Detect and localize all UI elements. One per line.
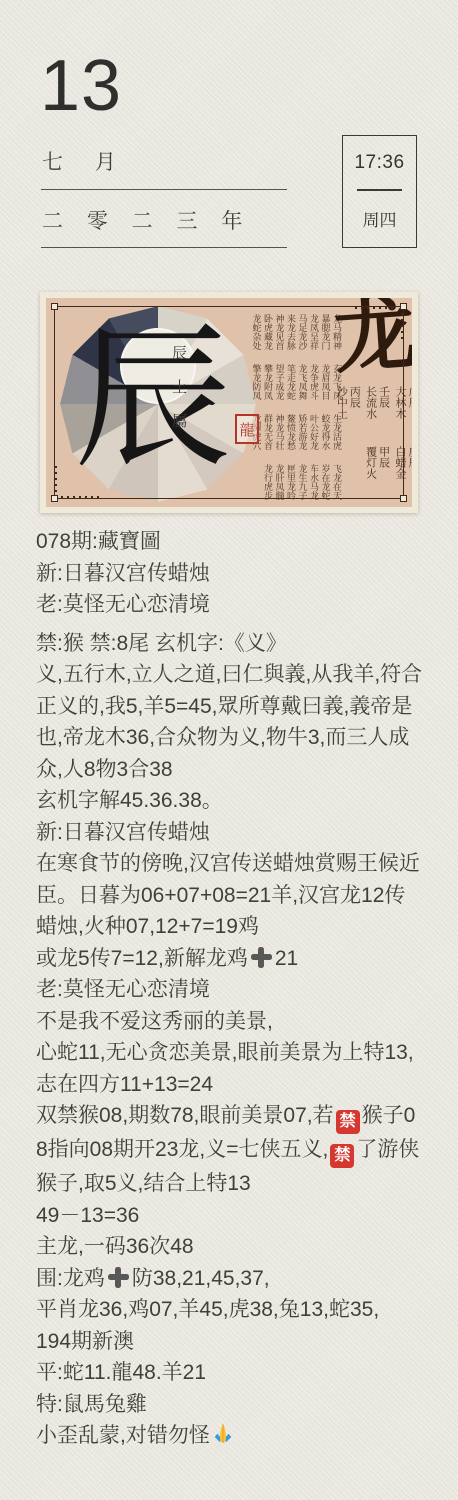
prediction-line: 平:蛇11.龍48.羊21 xyxy=(36,1357,424,1389)
divider xyxy=(41,189,287,190)
prediction-line: 或龙5传7=12,新解龙鸡21 xyxy=(36,943,424,975)
weekday-label: 周四 xyxy=(363,206,397,231)
frame-corner xyxy=(51,495,58,502)
prohibited-icon: 禁 xyxy=(336,1110,360,1134)
frame-corner xyxy=(400,303,407,310)
prediction-line: 小歪乱蒙,对错勿怪 xyxy=(36,1420,424,1452)
prediction-line: 49－13=36 xyxy=(36,1200,424,1232)
plus-icon xyxy=(250,946,273,969)
prediction-line: 围:龙鸡防38,21,45,37, xyxy=(36,1263,424,1295)
folded-hands-icon xyxy=(211,1422,235,1446)
frame-corner xyxy=(51,303,58,310)
year-label: 二 零 二 三 年 xyxy=(42,205,251,235)
prediction-line: 新:日暮汉宫传蜡烛 xyxy=(36,558,424,590)
plus-icon xyxy=(107,1266,130,1289)
prediction-line: 平肖龙36,鸡07,羊45,虎38,兔13,蛇35, xyxy=(36,1294,424,1326)
frame-ornament xyxy=(54,466,57,492)
prediction-line: 老:莫怪无心恋清境 xyxy=(36,589,424,621)
prediction-line: 双禁猴08,期数78,眼前美景07,若禁猴子08指向08期开23龙,义=七侠五义… xyxy=(36,1100,424,1200)
prediction-line: 义,五行木,立人之道,曰仁與義,从我羊,符合正义的,我5,羊5=45,眾所尊戴曰… xyxy=(36,659,424,785)
prediction-line: 特:鼠馬兔雞 xyxy=(36,1389,424,1421)
frame-ornament xyxy=(401,313,404,339)
prohibited-icon: 禁 xyxy=(330,1144,354,1168)
prediction-line: 不是我不爱这秀丽的美景, xyxy=(36,1006,424,1038)
frame-ornament xyxy=(355,306,397,309)
frame-corner xyxy=(400,495,407,502)
divider xyxy=(41,247,287,248)
card-frame xyxy=(54,306,404,499)
frame-ornament xyxy=(61,496,103,499)
divider xyxy=(357,189,402,191)
prediction-line: 新:日暮汉宫传蜡烛 xyxy=(36,817,424,849)
time-box: 17:36 周四 xyxy=(342,135,417,248)
prediction-line: 194期新澳 xyxy=(36,1326,424,1358)
prediction-line: 玄机字解45.36.38。 xyxy=(36,785,424,817)
day-number: 13 xyxy=(40,50,122,122)
month-label: 七 月 xyxy=(42,146,129,176)
prediction-line: 078期:藏寶圖 xyxy=(36,526,424,558)
prediction-paragraphs: 078期:藏寶圖新:日暮汉宫传蜡烛老:莫怪无心恋清境禁:猴 禁:8尾 玄机字:《… xyxy=(36,526,424,1452)
prediction-line: 在寒食节的傍晚,汉宫传送蜡烛赏赐王候近臣。日暮为06+07+08=21羊,汉宫龙… xyxy=(36,848,424,943)
card-photo: 辰 辰土屬 龙马精神暴腮龙门龙凤呈祥马足龙沙来龙去脉神龙见首卧虎藏龙龙蛇杂处玄龙… xyxy=(46,298,412,507)
time-label: 17:36 xyxy=(354,152,404,174)
prediction-line: 心蛇11,无心贪恋美景,眼前美景为上特13,志在四方11+13=24 xyxy=(36,1037,424,1100)
prediction-line: 禁:猴 禁:8尾 玄机字:《义》 xyxy=(36,628,424,660)
prediction-line: 老:莫怪无心恋清境 xyxy=(36,974,424,1006)
calendar-page: 13 七 月 二 零 二 三 年 17:36 周四 辰 辰土屬 龙马精神暴腮龙门… xyxy=(0,0,458,1500)
prediction-line: 主龙,一码36次48 xyxy=(36,1231,424,1263)
zodiac-card-image[interactable]: 辰 辰土屬 龙马精神暴腮龙门龙凤呈祥马足龙沙来龙去脉神龙见首卧虎藏龙龙蛇杂处玄龙… xyxy=(40,292,418,513)
